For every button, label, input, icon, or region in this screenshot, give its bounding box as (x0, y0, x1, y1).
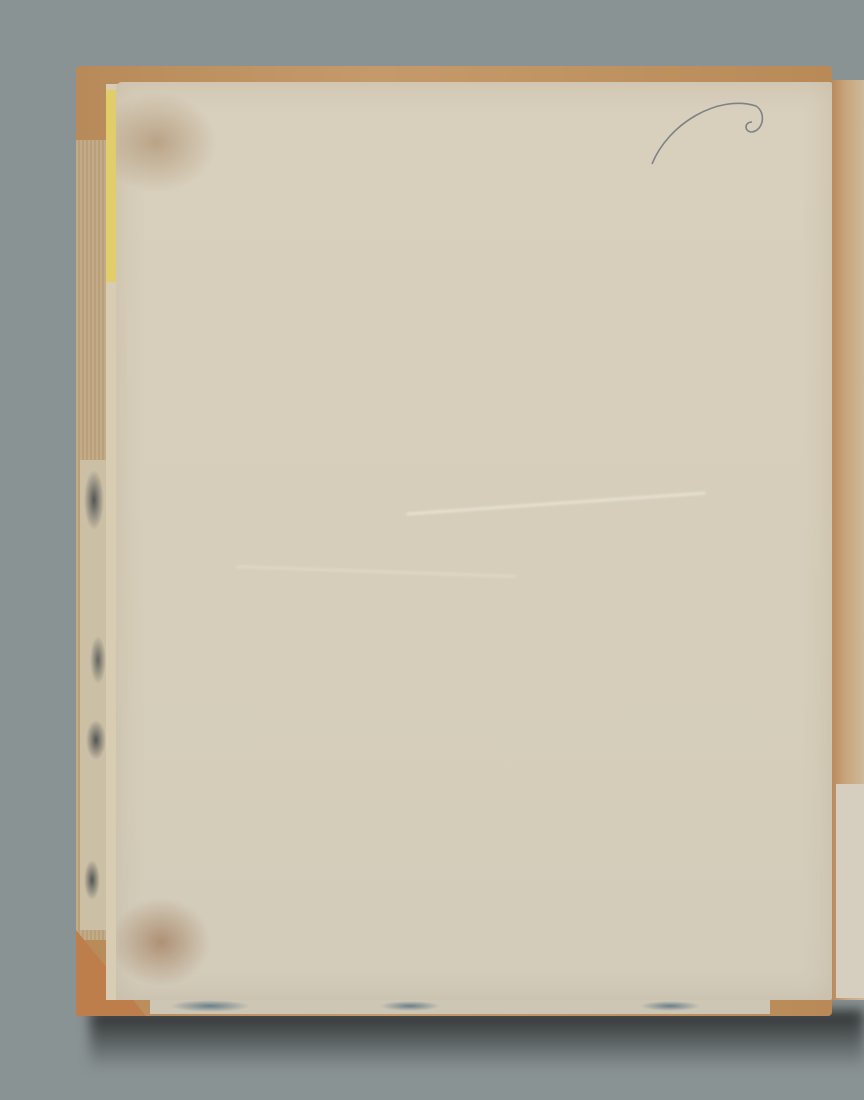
marbled-paper-bottom (150, 998, 770, 1014)
adjacent-page-lower (836, 784, 864, 998)
blank-page (116, 82, 832, 1000)
page-crease (236, 565, 516, 578)
pencil-curl-mark (648, 94, 768, 174)
page-crease (406, 492, 705, 516)
marbled-paper-left (80, 460, 106, 930)
drop-shadow (90, 1010, 864, 1070)
adjacent-page-spine (832, 80, 864, 1000)
